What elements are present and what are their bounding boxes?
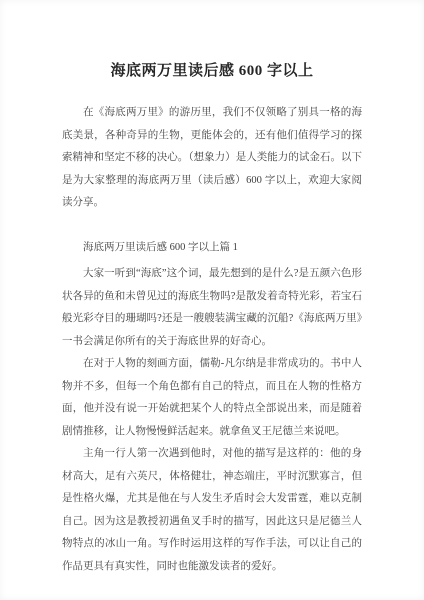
- intro-paragraph: 在《海底两万里》的游历里，我们不仅领略了别具一格的海底美景，各种奇异的生物，更能…: [62, 102, 362, 215]
- body-paragraph: 大家一听到“海底”这个词，最先想到的是什么?是五颜六色形状各异的鱼和未曾见过的海…: [62, 263, 362, 353]
- document-page: 海底两万里读后感 600 字以上 在《海底两万里》的游历里，我们不仅领略了别具一…: [0, 0, 424, 600]
- section-heading: 海底两万里读后感 600 字以上篇 1: [62, 237, 362, 260]
- document-title: 海底两万里读后感 600 字以上: [40, 58, 384, 84]
- body-paragraph: 主角一行人第一次遇到他时，对他的描写是这样的：他的身材高大，足有六英尺，体格健壮…: [62, 443, 362, 578]
- body-paragraph: 在对于人物的刻画方面，儒勒-凡尔纳是非常成功的。书中人物并不多，但每一个角色都有…: [62, 353, 362, 443]
- document-body: 在《海底两万里》的游历里，我们不仅领略了别具一格的海底美景，各种奇异的生物，更能…: [62, 102, 362, 578]
